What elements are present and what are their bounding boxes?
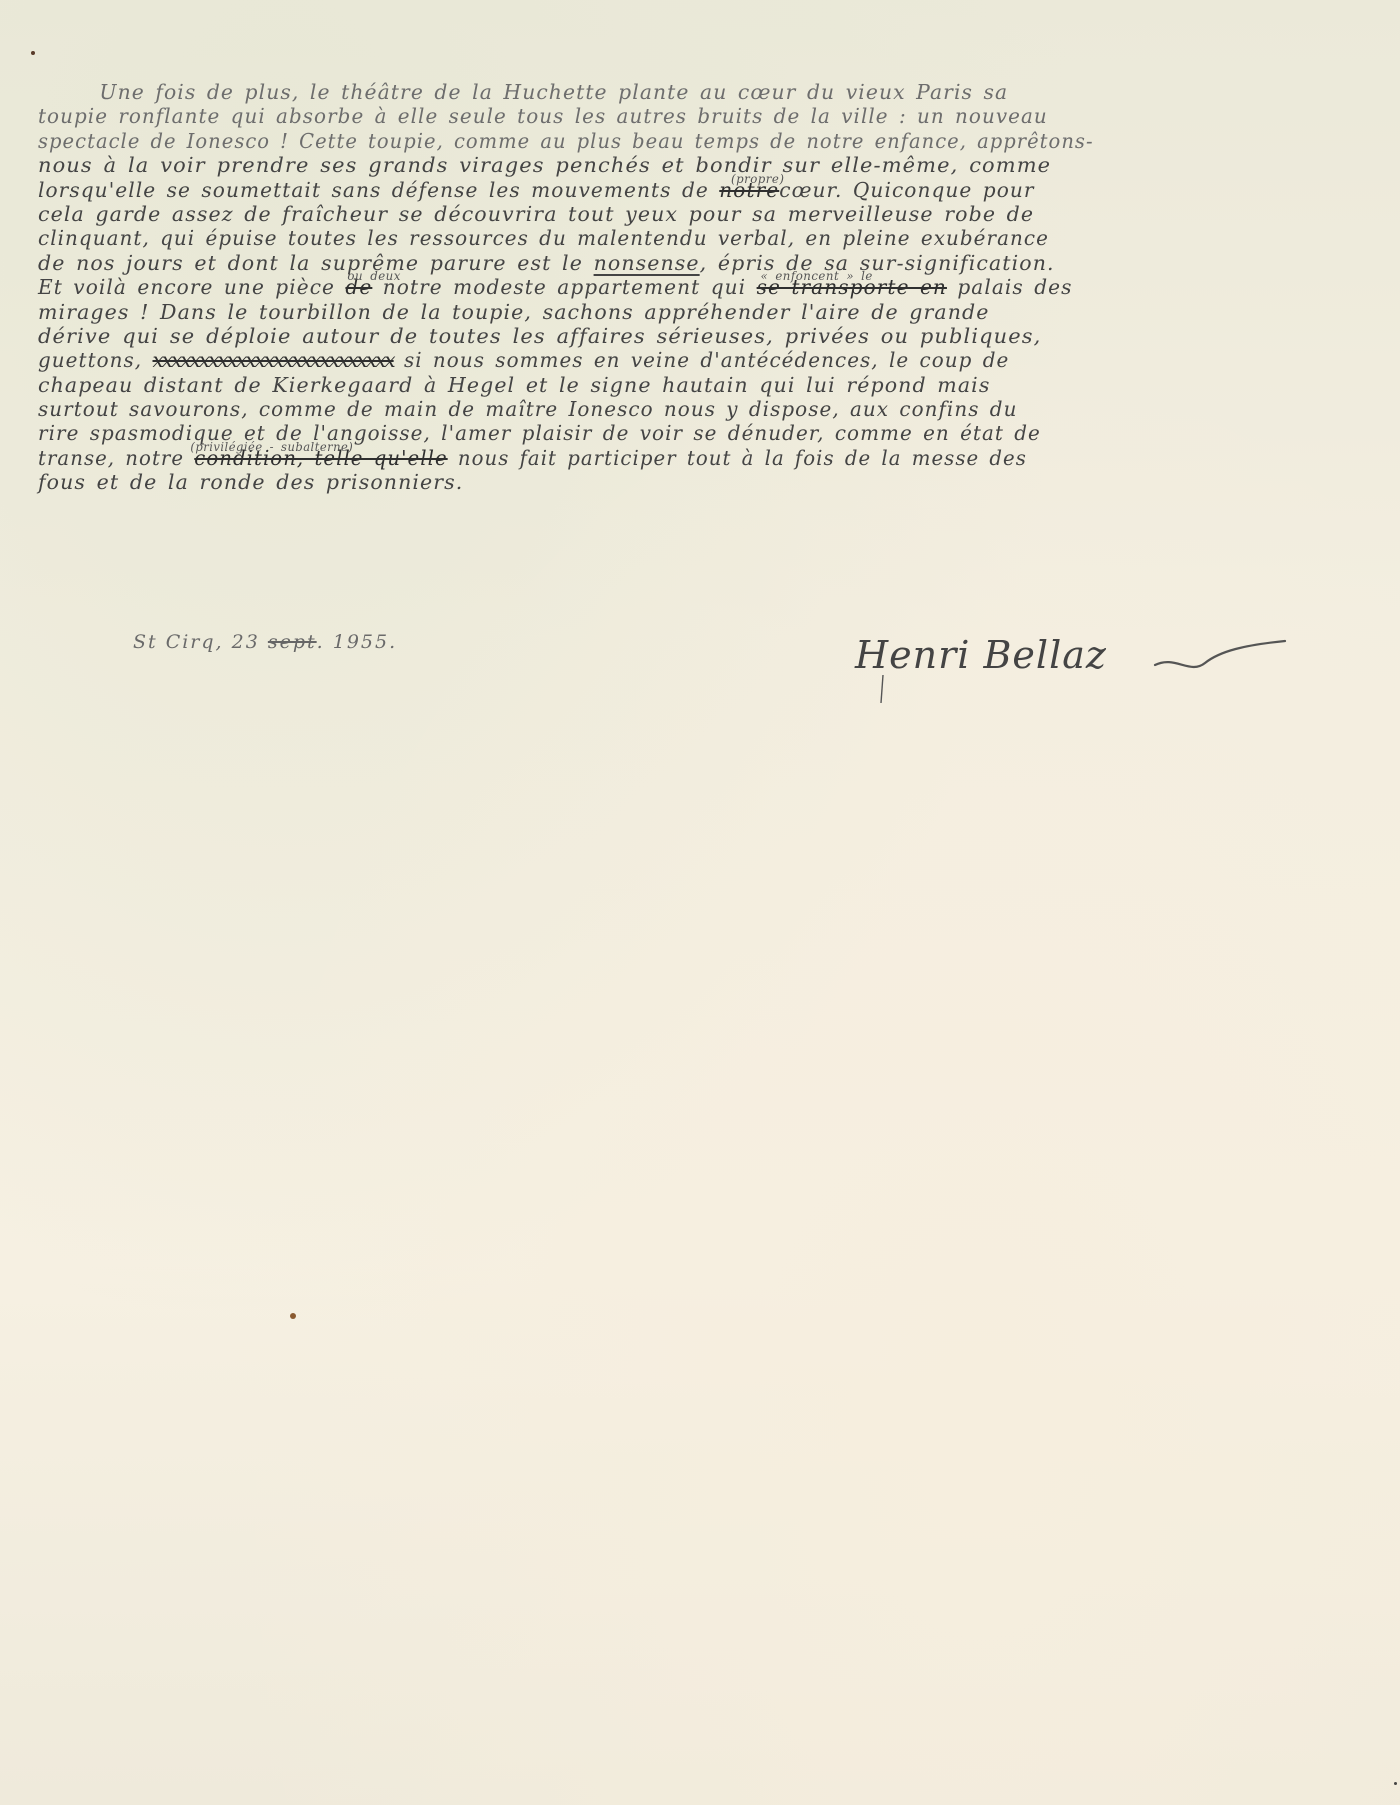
- manuscript-line: lorsqu'elle se soumettait sans défense l…: [38, 178, 1341, 202]
- signature: Henri Bellaz: [855, 625, 1295, 705]
- manuscript-line: dérive qui se déploie autour de toutes l…: [38, 324, 1395, 348]
- manuscript-page: Une fois de plus, le théâtre de la Huche…: [0, 0, 1400, 1805]
- line-text: cœur. Quiconque pour: [779, 178, 1034, 202]
- date-year: . 1955.: [317, 631, 397, 653]
- manuscript-line: spectacle de Ionesco ! Cette toupie, com…: [38, 129, 1302, 153]
- line-text: si nous sommes en veine d'antécédences, …: [394, 348, 1010, 372]
- line-text: fous et de la ronde des prisonniers.: [38, 470, 463, 494]
- manuscript-line: cela garde assez de fraîcheur se découvr…: [38, 202, 1368, 226]
- inserted-correction: « enfoncent » le: [761, 264, 873, 288]
- line-text: clinquant, qui épuise toutes les ressour…: [38, 226, 1049, 250]
- inserted-correction: (privilégiée - subalterne): [190, 435, 353, 459]
- dateline: St Cirq, 23 sept. 1955.: [133, 631, 397, 653]
- manuscript-line: mirages ! Dans le tourbillon de la toupi…: [38, 300, 1368, 324]
- line-text: rire spasmodique et de l'angoisse, l'ame…: [38, 421, 1041, 445]
- line-text: spectacle de Ionesco ! Cette toupie, com…: [38, 129, 1094, 153]
- struck-word: sept: [268, 631, 317, 653]
- line-text: nous fait participer tout à la fois de l…: [448, 446, 1027, 470]
- line-text: nous à la voir prendre ses grands virage…: [38, 153, 1051, 177]
- manuscript-line: chapeau distant de Kierkegaard à Hegel e…: [38, 373, 1368, 397]
- manuscript-line: guettons, xxxxxxxxxxxxxxxxxxxxxxxxxx si …: [38, 348, 1328, 372]
- line-text: de nos jours et dont la suprême parure e…: [38, 251, 594, 275]
- manuscript-line: fous et de la ronde des prisonniers.: [38, 470, 1368, 494]
- inserted-correction: (propre): [731, 167, 784, 191]
- line-text: chapeau distant de Kierkegaard à Hegel e…: [38, 373, 990, 397]
- line-text: palais des: [947, 275, 1073, 299]
- struck-word: xxxxxxxxxxxxxxxxxxxxxxxxxx: [153, 348, 394, 372]
- line-text: cela garde assez de fraîcheur se découvr…: [38, 202, 1034, 226]
- line-text: , épris de sa sur-signification.: [700, 251, 1055, 275]
- line-text: transe, notre: [38, 446, 194, 470]
- ink-speck: [31, 51, 35, 55]
- line-text: toupie ronflante qui absorbe à elle seul…: [38, 104, 1048, 128]
- manuscript-line: transe, notre (privilégiée - subalterne)…: [38, 446, 1315, 470]
- underlined-word: nonsense: [594, 251, 700, 275]
- manuscript-line: clinquant, qui épuise toutes les ressour…: [38, 226, 1328, 250]
- line-text: dérive qui se déploie autour de toutes l…: [38, 324, 1041, 348]
- line-text: guettons,: [38, 348, 153, 372]
- ink-speck: [290, 1313, 296, 1319]
- manuscript-line: surtout savourons, comme de main de maît…: [38, 397, 1328, 421]
- signature-flourish-icon: [855, 625, 1295, 705]
- line-text: Une fois de plus, le théâtre de la Huche…: [99, 80, 1008, 104]
- manuscript-body: Une fois de plus, le théâtre de la Huche…: [38, 80, 1368, 495]
- line-text: Et voilà encore une pièce: [38, 275, 345, 299]
- manuscript-line: Une fois de plus, le théâtre de la Huche…: [38, 80, 1355, 104]
- ink-speck: [1394, 1782, 1397, 1785]
- manuscript-line: toupie ronflante qui absorbe à elle seul…: [38, 104, 1328, 128]
- manuscript-line: de nos jours et dont la suprême parure e…: [38, 251, 1368, 275]
- line-text: surtout savourons, comme de main de maît…: [38, 397, 1017, 421]
- line-text: notre modeste appartement qui: [372, 275, 756, 299]
- manuscript-line: Et voilà encore une pièce ou deuxde notr…: [38, 275, 1341, 299]
- manuscript-line: nous à la voir prendre ses grands virage…: [38, 153, 1395, 177]
- line-text: lorsqu'elle se soumettait sans défense l…: [38, 178, 719, 202]
- line-text: mirages ! Dans le tourbillon de la toupi…: [38, 300, 990, 324]
- date-place: St Cirq, 23: [133, 631, 260, 653]
- inserted-correction: ou deux: [347, 264, 400, 288]
